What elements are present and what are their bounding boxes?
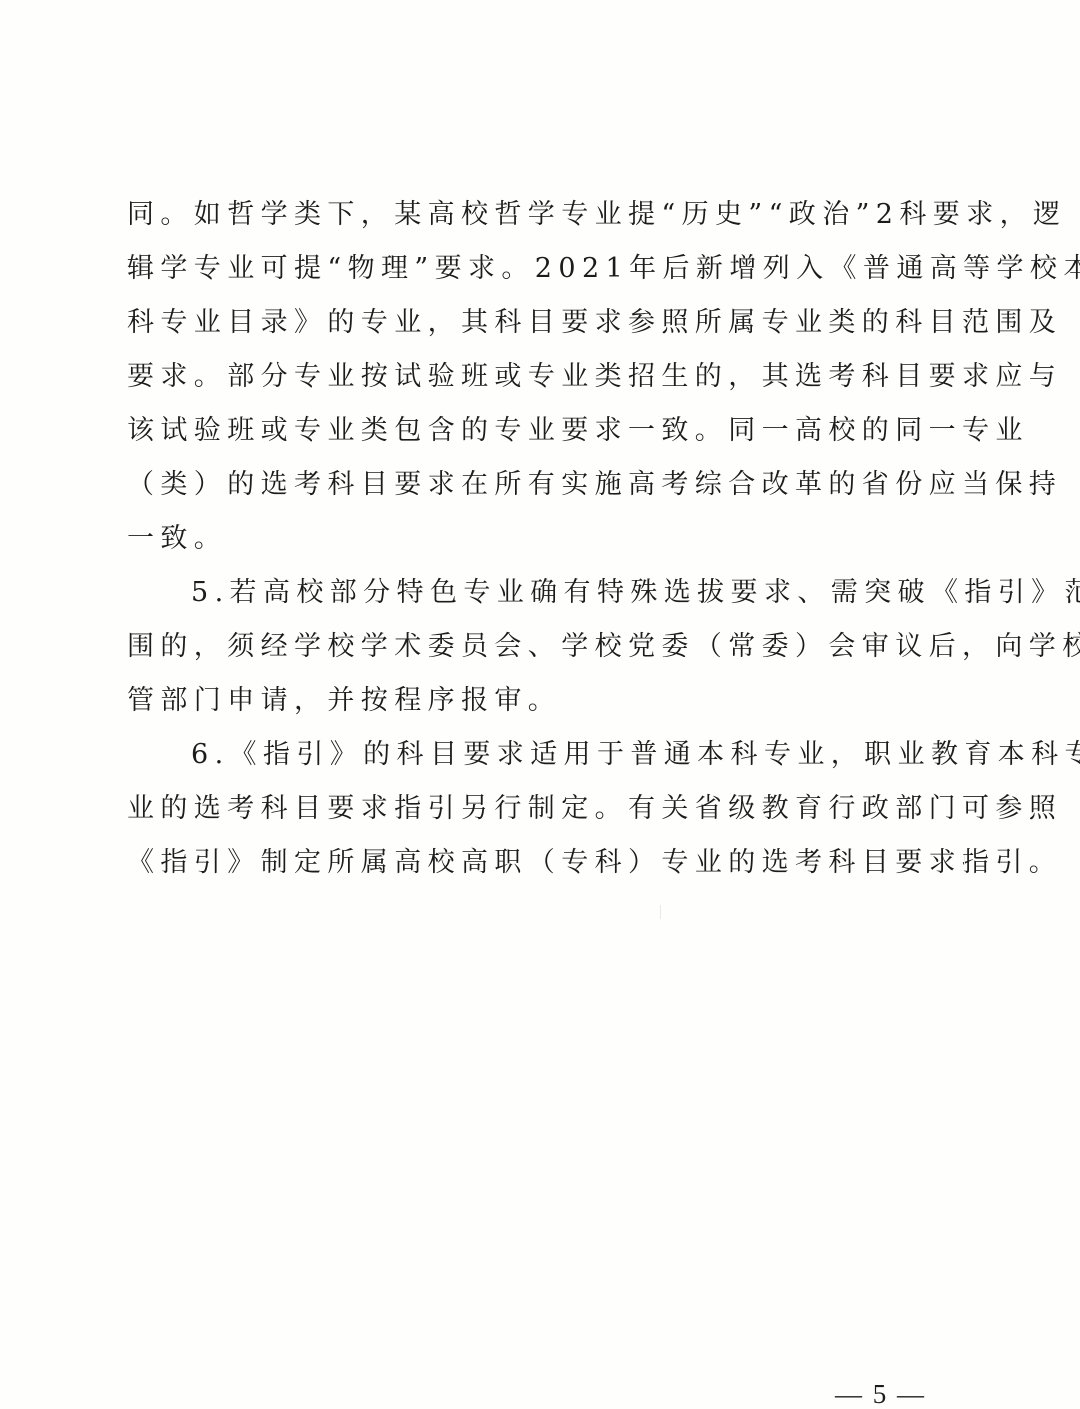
text-line: 围的，须经学校学术委员会、学校党委（常委）会审议后，向学校主 [127, 620, 933, 674]
text-line: 辑学专业可提“物理”要求。2021年后新增列入《普通高等学校本 [127, 242, 933, 296]
text-line: 该试验班或专业类包含的专业要求一致。同一高校的同一专业 [127, 404, 933, 458]
scan-artifact [964, 855, 965, 865]
text-line: 同。如哲学类下，某高校哲学专业提“历史”“政治”2科要求，逻 [127, 188, 933, 242]
text-line: 科专业目录》的专业，其科目要求参照所属专业类的科目范围及 [127, 296, 933, 350]
paragraph-item-5: 5.若高校部分特色专业确有特殊选拔要求、需突破《指引》范 围的，须经学校学术委员… [127, 566, 933, 728]
text-line: 一致。 [127, 512, 933, 566]
document-body: 同。如哲学类下，某高校哲学专业提“历史”“政治”2科要求，逻 辑学专业可提“物理… [127, 188, 933, 890]
text-line: 5.若高校部分特色专业确有特殊选拔要求、需突破《指引》范 [127, 566, 933, 620]
paragraph-continued: 同。如哲学类下，某高校哲学专业提“历史”“政治”2科要求，逻 辑学专业可提“物理… [127, 188, 933, 566]
text-line: （类）的选考科目要求在所有实施高考综合改革的省份应当保持 [127, 458, 933, 512]
page-number: — 5 — [835, 1378, 926, 1409]
text-line: 6.《指引》的科目要求适用于普通本科专业，职业教育本科专 [127, 728, 933, 782]
text-line: 业的选考科目要求指引另行制定。有关省级教育行政部门可参照 [127, 782, 933, 836]
scan-artifact [660, 905, 661, 919]
paragraph-item-6: 6.《指引》的科目要求适用于普通本科专业，职业教育本科专 业的选考科目要求指引另… [127, 728, 933, 890]
text-line: 《指引》制定所属高校高职（专科）专业的选考科目要求指引。 [127, 836, 933, 890]
document-page: 同。如哲学类下，某高校哲学专业提“历史”“政治”2科要求，逻 辑学专业可提“物理… [0, 0, 1080, 1409]
text-line: 管部门申请，并按程序报审。 [127, 674, 933, 728]
text-line: 要求。部分专业按试验班或专业类招生的，其选考科目要求应与 [127, 350, 933, 404]
